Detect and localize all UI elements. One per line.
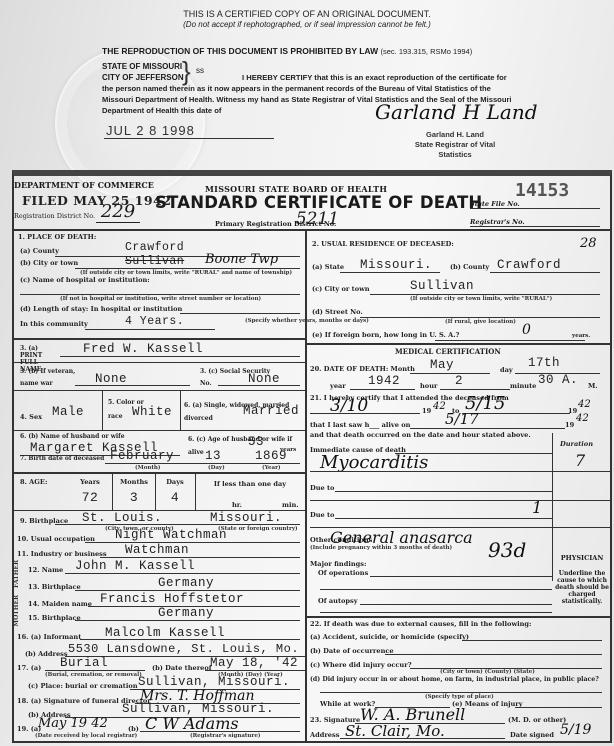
registration-district-label: Registration District No.	[14, 212, 95, 220]
community-line	[85, 329, 215, 330]
spouse-age: 53	[248, 435, 264, 449]
home-line	[320, 692, 602, 693]
death-county: Crawford	[125, 241, 184, 254]
divider	[307, 616, 612, 618]
stay-line	[180, 313, 300, 314]
attend-from-year: 42	[433, 401, 446, 412]
occurrence-label: (b) Date of occurrence	[310, 647, 394, 655]
month-note: (Month)	[135, 465, 161, 471]
file-number: 14153	[515, 180, 569, 201]
father-side-label: FATHER	[13, 560, 20, 588]
ssn-value: None	[248, 372, 280, 386]
burial-date-line	[205, 670, 305, 671]
veteran-line	[75, 385, 190, 386]
street-label: (d) Street No.	[312, 308, 363, 316]
burial-note: (Burial, cremation, or removal)	[45, 672, 142, 678]
spouse-label: 6. (b) Name of husband or wife	[20, 433, 125, 440]
burial-value: Burial	[60, 656, 108, 670]
accident-line	[462, 640, 602, 641]
sex-label: 4. Sex	[20, 413, 42, 421]
street-line	[360, 317, 600, 318]
death-day: 17th	[528, 356, 560, 370]
filed-note: (Date received by local registrar)	[35, 733, 137, 739]
due-to-label-1: Due to	[310, 484, 334, 492]
burial-place: Sullivan, Missouri.	[138, 675, 290, 689]
res-state-line	[340, 272, 440, 273]
corner-mark: 28	[580, 236, 597, 251]
due-to-label-2: Due to	[310, 511, 334, 519]
registrar-title: State Registrar of Vital Statistics	[400, 140, 510, 160]
birth-line	[105, 463, 300, 464]
state-name: STATE OF MISSOURI	[102, 61, 184, 72]
industry-line	[100, 557, 300, 558]
autopsy-label: Of autopsy	[318, 597, 358, 605]
name-line	[60, 356, 300, 357]
father-name-line	[65, 573, 300, 574]
death-year: 1942	[368, 374, 400, 388]
due-to-line-2	[335, 518, 552, 519]
accident-label: (a) Accident, suicide, or homicide (spec…	[310, 633, 469, 641]
res-county: Crawford	[497, 258, 561, 272]
autopsy-line-2	[320, 612, 552, 613]
hospital-note: (If not in hospital or institution, writ…	[60, 296, 261, 302]
county-label: (a) County	[20, 247, 59, 255]
date-signed: 5/19	[560, 722, 591, 738]
father-birthplace: Germany	[158, 576, 214, 590]
prohibited-notice: THE REPRODUCTION OF THIS DOCUMENT IS PRO…	[102, 46, 472, 56]
year-note: (Year)	[262, 465, 281, 471]
last-seen-year: 42	[576, 413, 589, 424]
res-city: Sullivan	[410, 279, 474, 293]
burial-place-label: (c) Place: burial or cremation	[28, 682, 138, 690]
res-city-note: (If outside city or town limits, write "…	[410, 296, 552, 302]
birthplace-state: Missouri.	[210, 511, 282, 525]
immediate-cause: Myocarditis	[320, 452, 428, 473]
sex-divider	[102, 390, 103, 430]
community-label: In this community	[20, 320, 88, 328]
divider	[12, 229, 612, 231]
age-years: 72	[70, 490, 110, 505]
days-label: Days	[156, 478, 194, 486]
street-note: (If rural, give location)	[445, 319, 516, 325]
last-seen-label: that I last saw h___ alive on	[310, 421, 410, 429]
caution-line: (Do not accept if rephotographed, or if …	[0, 20, 614, 29]
deceased-name: Fred W. Kassell	[83, 342, 203, 356]
where-note: (City or town) (County) (State)	[440, 669, 535, 675]
findings-label: Major findings:	[310, 560, 366, 568]
birth-year: 1869	[255, 449, 287, 463]
res-county-label: (b) County	[450, 263, 489, 271]
marital-value: Married	[243, 404, 299, 418]
registrar-signature: Garland H Land	[375, 100, 538, 124]
death-township: Boone Twp	[205, 252, 278, 267]
veteran-label: 3. (b) If veteran, name war	[20, 366, 90, 390]
local-registrar-note: (Registrar's signature)	[190, 733, 260, 739]
due-to-line-1	[335, 491, 552, 492]
last-seen-line	[410, 428, 565, 429]
years-label: years.	[572, 333, 590, 339]
min-label: min.	[282, 501, 299, 509]
mother-birth-label: 15. Birthplace	[28, 614, 81, 622]
occupation-value: Night Watchman	[115, 528, 227, 542]
m-label: M.	[588, 382, 598, 390]
divider	[12, 472, 305, 474]
color-divider	[180, 390, 181, 430]
community-value: 4 Years.	[125, 315, 184, 328]
birth-month: February	[110, 449, 174, 463]
operations-line-2	[320, 589, 552, 590]
physician-address-label: Address	[310, 731, 339, 739]
foreign-line	[435, 340, 585, 341]
less-than-day-label: If less than one day	[196, 480, 304, 488]
divider	[12, 338, 305, 340]
external-heading: 22. If death was due to external causes,…	[310, 620, 531, 628]
city-line	[75, 268, 300, 269]
mother-maiden-label: 14. Maiden name	[28, 600, 92, 608]
date-signed-label: Date signed	[510, 731, 554, 739]
prohibited-ref: (sec. 193.315, RSMo 1994)	[380, 47, 472, 56]
divider	[12, 362, 305, 363]
certify-date: JUL 2 8 1998	[104, 123, 274, 139]
sex-value: Male	[52, 405, 84, 419]
medical-heading: MEDICAL CERTIFICATION	[395, 347, 501, 356]
burial-date-label: (b) Date thereof	[152, 664, 212, 672]
veteran-value: None	[95, 372, 127, 386]
birthplace-line	[55, 524, 300, 525]
death-hour: 2	[455, 374, 463, 388]
death-month: May	[430, 358, 454, 372]
mother-side-label: MOTHER	[13, 595, 20, 627]
primary-district-value: 5211	[295, 210, 340, 230]
hospital-label: (c) Name of hospital or institution:	[20, 276, 150, 284]
operations-line	[370, 576, 552, 577]
state-file-label: State File No.	[470, 200, 600, 209]
death-minute-label: minute	[510, 382, 536, 390]
registrar-line	[140, 731, 300, 732]
duration-2: 1	[532, 498, 542, 517]
occupation-line	[85, 542, 300, 543]
occupation-label: 10. Usual occupation	[17, 535, 95, 543]
filed-date: May 19 42	[38, 716, 108, 731]
md-label: (M. D. or other)	[508, 716, 566, 724]
duration-1: 7	[575, 451, 585, 470]
last-seen: 5/17	[445, 410, 479, 428]
column-divider	[305, 229, 307, 743]
birthplace-city: St. Louis.	[82, 511, 162, 525]
certified-copy-line: THIS IS A CERTIFIED COPY OF AN ORIGINAL …	[0, 9, 614, 19]
last-seen-year-prefix: 19	[565, 421, 574, 429]
foreign-label: (e) If foreign born, how long in U. S. A…	[312, 331, 459, 339]
autopsy-line	[360, 604, 552, 605]
death-month-line	[410, 373, 490, 374]
death-day-label: day	[500, 366, 513, 374]
death-minute: 30 A.	[538, 373, 578, 387]
other-conditions: General anasarca	[330, 530, 510, 546]
res-city-line	[370, 294, 600, 295]
department-label: DEPARTMENT OF COMMERCE	[14, 180, 154, 190]
father-birth-label: 13. Birthplace	[28, 583, 81, 591]
divider	[12, 430, 305, 431]
death-year-label: year	[330, 382, 346, 390]
duration-label: Duration	[560, 440, 593, 448]
res-state: Missouri.	[360, 258, 432, 272]
cause-line	[310, 500, 612, 501]
res-state-label: (a) State	[312, 263, 344, 271]
stay-label: (d) Length of stay: In hospital or insti…	[20, 305, 182, 313]
age-days: 4	[156, 490, 194, 505]
divider	[307, 343, 612, 345]
burial-label: 17. (a)	[17, 664, 41, 672]
hospital-line	[20, 294, 300, 295]
place-of-death-heading: 1. PLACE OF DEATH:	[18, 233, 96, 241]
attend-from-line	[310, 413, 420, 414]
cause-line	[310, 471, 612, 472]
physician-note: Underline the cause to which death shoul…	[553, 570, 611, 605]
city-label: (b) City or town	[20, 259, 78, 267]
hr-label: hr.	[232, 501, 242, 509]
birthplace-state-note: (State or foreign country)	[218, 526, 298, 532]
father-name-label: 12. Name	[28, 566, 63, 574]
birth-day: 13	[205, 449, 221, 463]
prohibited-text: THE REPRODUCTION OF THIS DOCUMENT IS PRO…	[102, 46, 378, 56]
informant-value: Malcolm Kassell	[105, 626, 225, 640]
attend-year-prefix: 19	[422, 407, 431, 415]
attend-to-year: 42	[578, 399, 591, 410]
other-duration: 93d	[488, 538, 526, 562]
birth-label: 7. Birth date of deceased	[20, 455, 104, 462]
death-year-line	[350, 389, 415, 390]
age-label: 8. AGE:	[20, 478, 47, 486]
father-birth-line	[75, 590, 300, 591]
informant-address: 5530 Lansdowne, St. Louis, Mo.	[68, 642, 299, 656]
registrar-name: Garland H. Land	[400, 130, 510, 140]
death-hour-label: hour	[420, 382, 437, 390]
mother-maiden: Francis Hoffstetor	[100, 592, 244, 606]
mother-birthplace: Germany	[158, 606, 214, 620]
res-county-line	[490, 272, 600, 273]
day-note: (Day)	[208, 465, 225, 471]
death-date-label: 20. DATE OF DEATH: Month	[310, 365, 415, 373]
res-city-label: (c) City or town	[312, 285, 370, 293]
occurrence-line	[385, 654, 602, 655]
physician-heading: PHYSICIAN	[553, 555, 611, 563]
means-line	[515, 707, 602, 708]
industry-label: 11. Industry or business	[17, 550, 107, 558]
registrar-block: Garland H. Land State Registrar of Vital…	[400, 130, 510, 160]
divider	[12, 390, 305, 391]
stay-note: (Specify whether years, months or days)	[245, 318, 369, 324]
registration-district-value: 229	[96, 202, 140, 223]
age-divider	[195, 472, 196, 510]
informant-line	[80, 639, 300, 640]
industry-value: Watchman	[125, 543, 189, 557]
months-label: Months	[113, 478, 155, 486]
operations-label: Of operations	[318, 569, 368, 577]
mother-birth-line	[75, 620, 300, 621]
registrar-number-label: Registrar's No.	[470, 218, 600, 227]
burial-line	[45, 670, 145, 671]
father-name: John M. Kassell	[75, 559, 195, 573]
death-hour-line	[440, 389, 510, 390]
foreign-value: 0	[522, 322, 531, 338]
occurred-label: and that death occurred on the date and …	[310, 431, 531, 439]
death-city: Sullivan	[125, 255, 184, 268]
where-label: (c) Where did injury occur?	[310, 661, 412, 669]
informant-label: 16. (a) Informant	[17, 633, 81, 641]
address-line	[340, 738, 505, 739]
color-value: White	[132, 405, 172, 419]
residence-heading: 2. USUAL RESIDENCE OF DECEASED:	[312, 240, 454, 248]
years-label: Years	[70, 478, 110, 486]
home-label: (d) Did injury occur in or about home, o…	[310, 676, 599, 683]
age-months: 3	[113, 490, 155, 505]
local-registrar-label: (b)	[128, 725, 139, 733]
burial-date: May 18, '42	[210, 656, 298, 670]
